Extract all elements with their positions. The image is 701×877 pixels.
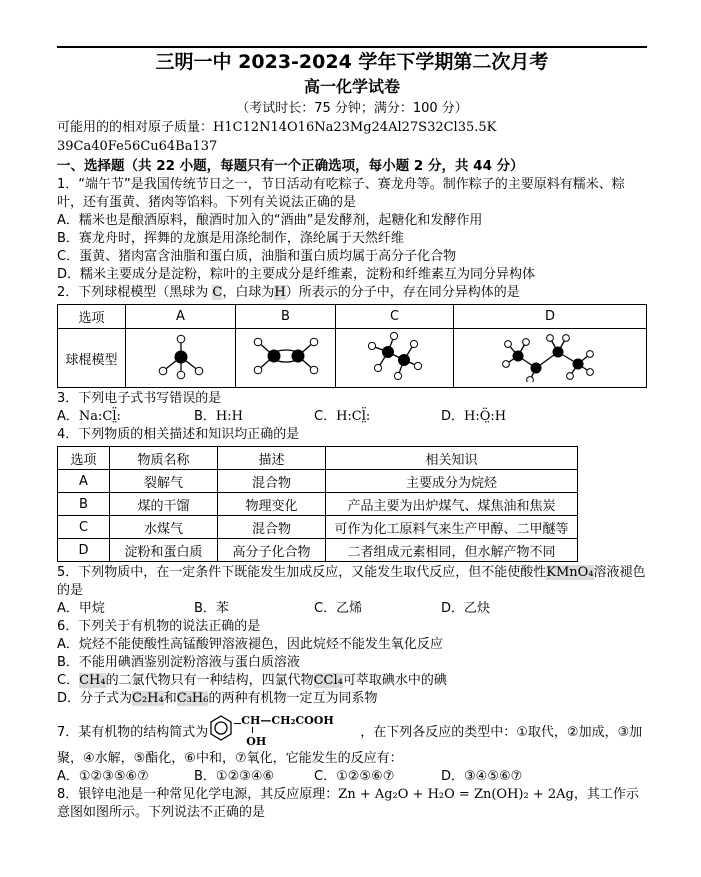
q1-option-a: A．糯米也是酿酒原料，酿酒时加入的“酒曲”是发酵剂，起糖化和发酵作用 xyxy=(57,212,647,230)
benzene-ring-icon xyxy=(208,714,234,742)
header-divider xyxy=(57,46,647,48)
q4-header-option: 选项 xyxy=(58,447,110,470)
bond-line-horizontal xyxy=(234,723,241,724)
q7-options-row: A．①②③⑤⑥⑦ B．①②③④⑥ C．①②⑤⑥⑦ D．③④⑤⑥⑦ xyxy=(57,768,647,786)
q2-header-a: A xyxy=(126,305,236,329)
q7-option-a: A．①②③⑤⑥⑦ xyxy=(57,768,194,786)
q6-option-a: A．烷烃不能使酸性高锰酸钾溶液褪色，因此烷烃不能发生氧化反应 xyxy=(57,636,647,654)
q8-stem: 8．银锌电池是一种常见化学电源，其反应原理：Zn + Ag₂O + H₂O = … xyxy=(57,786,647,822)
q5-option-b: B．苯 xyxy=(194,600,314,618)
q1-option-d: D．糯米主要成分是淀粉，粽叶的主要成分是纤维素，淀粉和纤维素互为同分异构体 xyxy=(57,266,647,284)
q5-option-d: D．乙炔 xyxy=(441,600,647,618)
q2-model-row: 球棍模型 xyxy=(58,329,647,388)
q4-row-d: D淀粉和蛋白质高分子化合物二者组成元素相同，但水解产物不同 xyxy=(58,539,578,562)
q7-oh-text: OH xyxy=(246,733,266,751)
butane-model-icon xyxy=(502,330,598,382)
q3-formula-h2o: H:Ö̤:H xyxy=(464,409,506,424)
q6-chem-ch4: CH₄ xyxy=(79,673,106,688)
q4-table-header-row: 选项 物质名称 描述 相关知识 xyxy=(58,447,578,470)
exam-paper: 三明一中 2023-2024 学年下学期第二次月考 高一化学试卷 （考试时长：7… xyxy=(0,0,701,822)
q5-chem-kmno4: KMnO₄ xyxy=(546,565,593,580)
q2-model-cell-c xyxy=(336,329,454,388)
q7-option-c: C．①②⑤⑥⑦ xyxy=(314,768,441,786)
q8-reaction-equation: Zn + Ag₂O + H₂O = Zn(OH)₂ + 2Ag xyxy=(338,787,574,802)
section-heading-choice: 一、选择题（共 22 小题，每题只有一个正确选项，每小题 2 分，共 44 分） xyxy=(57,156,647,176)
q6-chem-c3h6: C₃H₆ xyxy=(177,691,209,706)
q2-model-table: 选项 A B C D 球棍模型 xyxy=(57,304,647,388)
q2-chem-hydrogen: H xyxy=(274,285,285,300)
q6-chem-ccl4: CCl₄ xyxy=(314,673,343,688)
q4-header-description: 描述 xyxy=(218,447,326,470)
q2-stem: 2．下列球棍模型（黑球为 C，白球为H）所表示的分子中，存在同分异构体的是 xyxy=(57,284,647,302)
q3-option-d: D．H:Ö̤:H xyxy=(441,408,647,426)
exam-info: （考试时长：75 分钟；满分：100 分） xyxy=(57,99,647,118)
ethylene-model-icon xyxy=(248,334,324,378)
q4-row-c: C水煤气混合物可作为化工原料气来生产甲醇、二甲醚等 xyxy=(58,516,578,539)
q3-stem: 3．下列电子式书写错误的是 xyxy=(57,390,647,408)
q2-row-label: 球棍模型 xyxy=(58,329,126,388)
q3-options-row: A．Na:Cl̤̈: B．H:H C．H:Cl̤̈: D．H:Ö̤:H xyxy=(57,408,647,426)
q6-option-c: C．CH₄的二氯代物只有一种结构，四氯代物CCl₄可萃取碘水中的碘 xyxy=(57,672,647,690)
q3-option-b: B．H:H xyxy=(194,408,314,426)
q6-stem: 6．下列关于有机物的说法正确的是 xyxy=(57,618,647,636)
methane-model-icon xyxy=(152,331,210,381)
q2-model-cell-b xyxy=(236,329,336,388)
q3-formula-nacl: Na:Cl̤̈: xyxy=(79,409,121,424)
q4-stem: 4．下列物质的相关描述和知识均正确的是 xyxy=(57,426,647,444)
q5-option-a: A．甲烷 xyxy=(57,600,194,618)
q2-model-cell-d xyxy=(454,329,647,388)
q1-stem: 1．“端午节”是我国传统节日之一，节日活动有吃粽子、赛龙舟等。制作粽子的主要原料… xyxy=(57,176,647,212)
q7-stem: 7．某有机物的结构简式为CH—CH₂COOHOH，在下列各反应的类型中：①取代，… xyxy=(57,708,647,768)
q3-option-c: C．H:Cl̤̈: xyxy=(314,408,441,426)
q6-option-d: D．分子式为C₂H₄和C₃H₆的两种有机物一定互为同系物 xyxy=(57,690,647,708)
q2-header-d: D xyxy=(454,305,647,329)
atomic-masses-line: 可能用的的相对原子质量：H1C12N14O16Na23Mg24Al27S32Cl… xyxy=(57,118,647,156)
q7-structural-formula: CH—CH₂COOHOH xyxy=(208,708,360,750)
page-subtitle: 高一化学试卷 xyxy=(57,75,647,99)
q4-header-substance: 物质名称 xyxy=(110,447,218,470)
atomic-masses-label: 可能用的的相对原子质量： xyxy=(57,120,213,135)
q7-option-b: B．①②③④⑥ xyxy=(194,768,314,786)
q2-chem-carbon: C xyxy=(212,285,222,300)
q4-knowledge-table: 选项 物质名称 描述 相关知识 A裂解气混合物主要成分为烷烃 B煤的干馏物理变化… xyxy=(57,446,578,562)
q4-header-knowledge: 相关知识 xyxy=(326,447,578,470)
q5-option-c: C．乙烯 xyxy=(314,600,441,618)
q2-model-cell-a xyxy=(126,329,236,388)
q3-formula-hcl: H:Cl̤̈: xyxy=(336,409,370,424)
q6-option-b: B．不能用碘酒鉴别淀粉溶液与蛋白质溶液 xyxy=(57,654,647,672)
q5-stem: 5．下列物质中，在一定条件下既能发生加成反应，又能发生取代反应，但不能使酸性KM… xyxy=(57,564,647,600)
q6-chem-c2h4: C₂H₄ xyxy=(132,691,164,706)
q2-header-c: C xyxy=(336,305,454,329)
q2-header-b: B xyxy=(236,305,336,329)
q1-option-c: C．蛋黄、猪肉富含油脂和蛋白质，油脂和蛋白质均属于高分子化合物 xyxy=(57,248,647,266)
q4-row-b: B煤的干馏物理变化产品主要为出炉煤气、煤焦油和焦炭 xyxy=(58,493,578,516)
ethane-model-icon xyxy=(364,330,426,382)
q1-option-b: B．赛龙舟时，挥舞的龙旗是用涤纶制作，涤纶属于天然纤维 xyxy=(57,230,647,248)
q5-options-row: A．甲烷 B．苯 C．乙烯 D．乙炔 xyxy=(57,600,647,618)
q3-formula-h2: H:H xyxy=(216,409,243,424)
q2-table-header-row: 选项 A B C D xyxy=(58,305,647,329)
page-title: 三明一中 2023-2024 学年下学期第二次月考 xyxy=(57,50,647,75)
q2-header-option: 选项 xyxy=(58,305,126,329)
q3-option-a: A．Na:Cl̤̈: xyxy=(57,408,194,426)
q7-chain-text: CH—CH₂COOH xyxy=(241,712,333,730)
q7-option-d: D．③④⑤⑥⑦ xyxy=(441,768,647,786)
q4-row-a: A裂解气混合物主要成分为烷烃 xyxy=(58,470,578,493)
